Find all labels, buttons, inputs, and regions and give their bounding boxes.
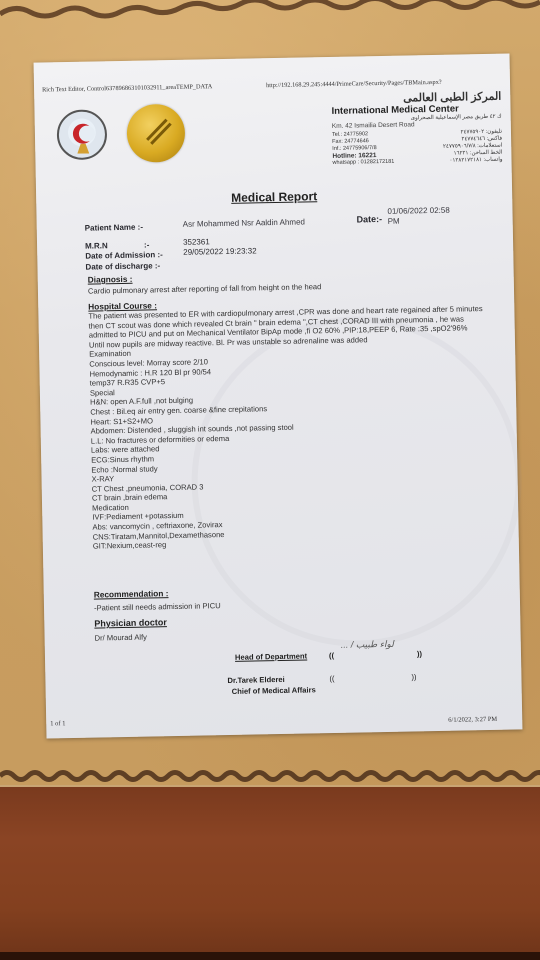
handwritten-signature: لواء طبيب / ... bbox=[341, 639, 394, 651]
chief-name: Dr.Tarek Elderei bbox=[227, 675, 284, 685]
date-label: Date:- bbox=[357, 214, 383, 224]
admission-value: 29/05/2022 19:23:32 bbox=[183, 246, 257, 256]
head-signature-open: (( bbox=[329, 651, 334, 660]
gold-accreditation-logo bbox=[126, 104, 185, 163]
whatsapp-arabic: واتساب: ٠١٢٨٢١٧٢١٨١ bbox=[443, 157, 502, 165]
medical-report-page: Rich Text Editor, Control637896863101032… bbox=[34, 53, 523, 738]
whatsapp: whatsapp : 01282172181 bbox=[332, 159, 394, 167]
recommendation-heading: Recommendation : bbox=[94, 588, 169, 599]
mrn-label-row: M.R.N :- bbox=[85, 240, 149, 250]
dark-edge bbox=[0, 952, 540, 960]
chief-title: Chief of Medical Affairs bbox=[232, 685, 316, 696]
editor-caption: Rich Text Editor, Control637896863101032… bbox=[42, 83, 212, 93]
physician-heading: Physician doctor bbox=[94, 617, 167, 628]
diagnosis-text: Cardio pulmonary arrest after reporting … bbox=[88, 279, 483, 296]
hospital-course-text: The patient was presented to ER with car… bbox=[88, 304, 488, 551]
page-count: 1 of 1 bbox=[50, 720, 65, 727]
diagnosis-heading: Diagnosis : bbox=[88, 274, 133, 285]
decorative-wave-border-bottom bbox=[0, 766, 540, 786]
course-details-list: Until now pupils are midway reactive. Bl… bbox=[89, 333, 488, 552]
page-url: http://192.168.29.245:4444/PrimeCare/Sec… bbox=[266, 79, 442, 89]
mrn-value: 352361 bbox=[183, 237, 210, 247]
chief-signature-open: (( bbox=[329, 674, 334, 683]
admission-label: Date of Admission :- bbox=[85, 250, 163, 260]
date-value: 01/06/2022 02:58 PM bbox=[387, 206, 450, 227]
print-timestamp: 6/1/2022, 3:27 PM bbox=[448, 716, 497, 724]
head-signature-close: )) bbox=[417, 649, 422, 658]
patient-name-label: Patient Name :- bbox=[85, 223, 143, 233]
wooden-panel-lower bbox=[0, 787, 540, 960]
lamp-icon bbox=[77, 144, 89, 154]
patient-name-row: Patient Name :- bbox=[85, 223, 143, 233]
discharge-label: Date of discharge :- bbox=[85, 261, 160, 271]
red-crescent-icon bbox=[73, 124, 93, 144]
organization-header: المركز الطبى العالمى International Medic… bbox=[331, 90, 502, 167]
head-of-department-label: Head of Department bbox=[235, 651, 307, 661]
chief-signature-close: )) bbox=[411, 672, 416, 681]
date-row: Date:- bbox=[357, 214, 383, 224]
patient-name-value: Asr Mohammed Nsr Aaldin Ahmed bbox=[183, 217, 305, 228]
contact-block: Tel.: 24775902 Fax: 24774646 Inf.: 24775… bbox=[332, 129, 503, 167]
imc-seal-logo bbox=[56, 109, 107, 160]
decorative-wave-border-top bbox=[0, 0, 540, 20]
